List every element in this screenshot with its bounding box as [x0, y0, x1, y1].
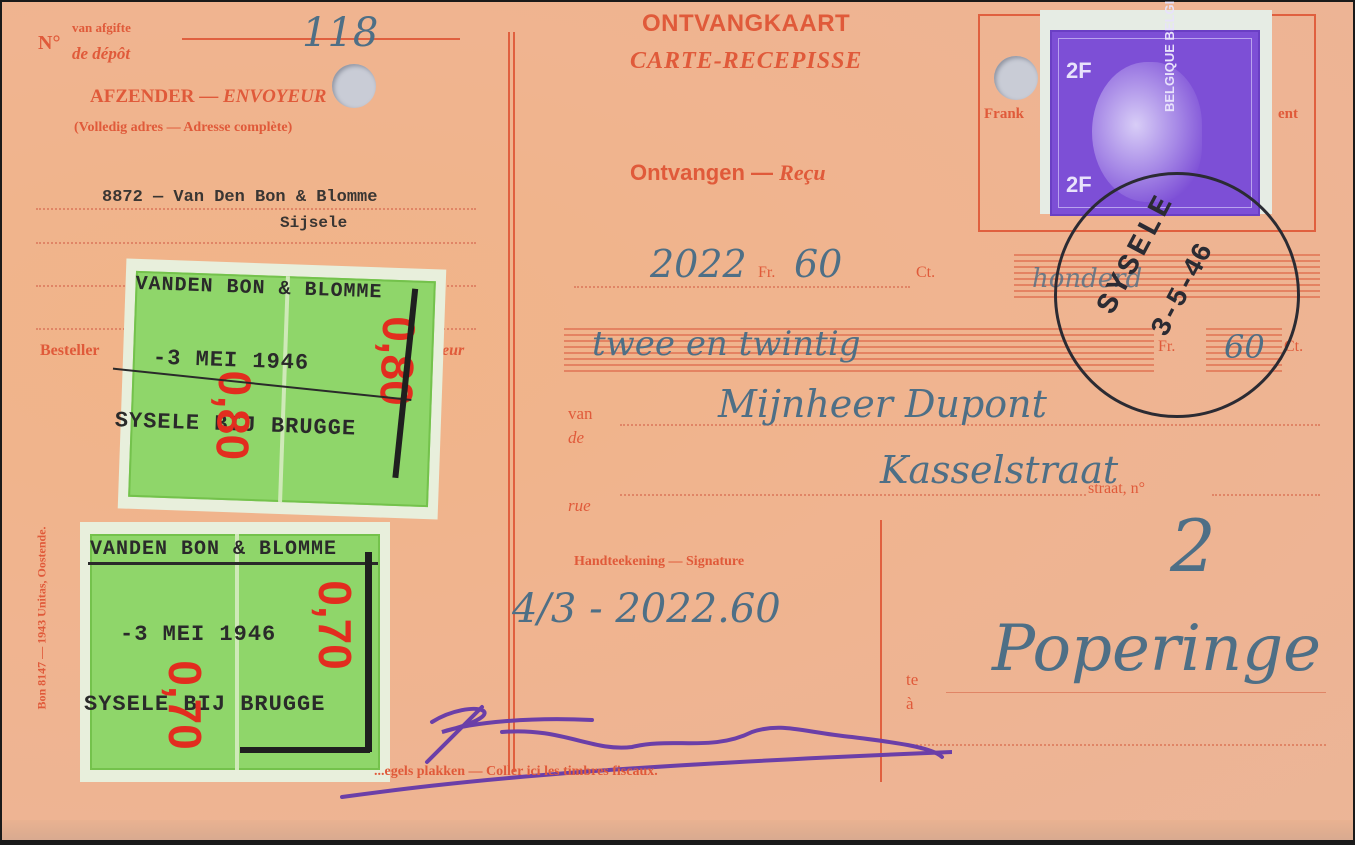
ct-label: Ct. [916, 264, 935, 282]
signature-label: Handteekening — Signature [574, 554, 744, 570]
amount-in-words: twee en twintig [592, 324, 860, 364]
stamp-value-bottom: 2F [1066, 172, 1092, 198]
fiscal-2-cancel-line1: VANDEN BON & BLOMME [90, 538, 337, 561]
sender-line-1: 8872 — Van Den Bon & Blomme [102, 188, 377, 207]
postmark: SYSELE 3-5-46 [1054, 172, 1300, 418]
franking-label-right: ent [1278, 106, 1298, 123]
printer-credit: Bon 8147 — 1943 Unitas, Oostende. [35, 430, 50, 710]
amount-fr-value: 2022 [650, 242, 747, 286]
fiscal-stamp-1: VANDEN BON & BLOMME -3 MEI 1946 SYSELE B… [118, 258, 447, 519]
sender-line-2: Sijsele [280, 214, 347, 232]
stamp-country: BELGIQUE BELGIE [1162, 0, 1177, 112]
fr-label: Fr. [758, 264, 775, 282]
fiscal-2-overprint-b: 0,70 [312, 580, 358, 670]
postmark-date: 3-5-46 [1146, 239, 1221, 343]
purple-signature [332, 692, 952, 802]
house-number: 2 [1170, 504, 1216, 588]
street-label-fr: rue [568, 496, 591, 516]
title-fr: CARTE-RECEPISSE [630, 48, 862, 75]
punch-hole-2 [994, 56, 1038, 100]
title-nl: ONTVANGKAART [642, 10, 850, 38]
deposit-no-value: 118 [302, 10, 378, 56]
received-label: Ontvangen — Reçu [630, 160, 826, 186]
deposit-no-label: van afgifte [72, 20, 131, 36]
street-value: Kasselstraat [880, 448, 1118, 492]
from-label-nl: van [568, 404, 593, 424]
place-value: Poperinge [992, 612, 1321, 686]
orderer-label-right: eur [442, 342, 464, 360]
fiscal-2-cancel-date: -3 MEI 1946 [120, 622, 276, 647]
punch-hole [332, 64, 376, 108]
fiscal-1-overprint-b: 0,80 [373, 315, 422, 406]
amount-ct-value: 60 [794, 242, 842, 286]
sender-heading: AFZENDER — ENVOYEUR [90, 86, 326, 108]
receipt-card: N° van afgifte de dépôt 118 AFZENDER — E… [2, 2, 1353, 840]
fiscal-2-overprint-a: 0,70 [162, 660, 208, 750]
deposit-no-label-fr: de dépôt [72, 44, 130, 64]
franking-label: Frank [984, 106, 1024, 123]
torn-edge [2, 822, 652, 840]
orderer-label: Besteller [40, 342, 100, 360]
place-label-nl: te [906, 670, 918, 690]
stamp-value-top: 2F [1066, 58, 1092, 84]
from-label-fr: de [568, 428, 584, 448]
signature-value: 4/3 - 2022.60 [512, 586, 781, 632]
deposit-no-prefix: N° [38, 32, 60, 55]
from-value: Mijnheer Dupont [718, 382, 1047, 426]
sender-hint: (Volledig adres — Adresse complète) [74, 120, 292, 136]
fiscal-stamps-note: ...egels plakken — Coller ici les timbre… [374, 764, 658, 780]
